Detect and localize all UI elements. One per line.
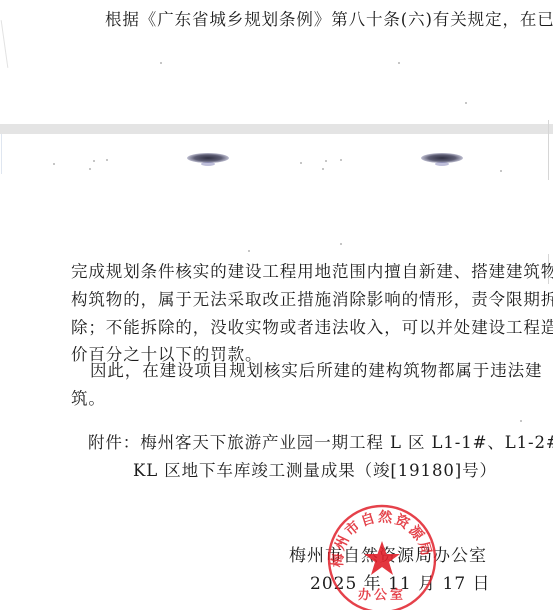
page-edge-line — [548, 120, 549, 180]
binding-hole-smudge-right — [421, 153, 463, 163]
paragraph-1-line-3: 除；不能拆除的，没收实物或者违法收入，可以并处建设工程造 — [71, 318, 553, 338]
text-line-top: 根据《广东省城乡规划条例》第八十条(六)有关规定，在已 — [105, 10, 553, 30]
scan-speck — [520, 420, 522, 422]
page-edge-line — [1, 134, 2, 174]
star-icon — [364, 541, 400, 575]
scan-speck — [465, 102, 467, 104]
scan-speck — [322, 168, 324, 170]
scan-speck — [53, 163, 55, 165]
paragraph-1-line-2: 构筑物的，属于无法采取改正措施消除影响的情形，责令限期拆 — [71, 290, 553, 310]
paragraph-1-line-1: 完成规划条件核实的建设工程用地范围内擅自新建、搭建建筑物、 — [71, 262, 553, 282]
seal-inner-text: 办公室 — [358, 587, 406, 603]
paragraph-2-line-2: 筑。 — [71, 389, 106, 409]
scan-speck — [160, 62, 162, 64]
official-seal: 梅州市自然资源局 办公室 — [326, 503, 438, 610]
scan-speck — [398, 62, 400, 64]
attachment-line-1: 附件：梅州客天下旅游产业园一期工程 L 区 L1-1#、L1-2#及 — [88, 433, 553, 453]
scan-speck — [325, 160, 327, 162]
attachment-line-2: KL 区地下车库竣工测量成果（竣[19180]号） — [133, 461, 497, 481]
scan-speck — [248, 250, 250, 252]
scan-speck — [89, 168, 91, 170]
scan-speck — [340, 243, 342, 245]
scan-speck — [106, 159, 108, 161]
page-edge-line — [1, 20, 9, 68]
scan-speck — [500, 170, 502, 172]
paragraph-2-line-1: 因此，在建设项目规划核实后所建的建构筑物都属于违法建 — [90, 361, 542, 381]
page-separator — [0, 124, 553, 134]
scan-speck — [300, 162, 302, 164]
binding-hole-smudge-left — [187, 153, 229, 163]
page-top-fragment: 根据《广东省城乡规划条例》第八十条(六)有关规定，在已 — [0, 0, 553, 124]
scan-speck — [340, 159, 342, 161]
scan-speck — [93, 160, 95, 162]
